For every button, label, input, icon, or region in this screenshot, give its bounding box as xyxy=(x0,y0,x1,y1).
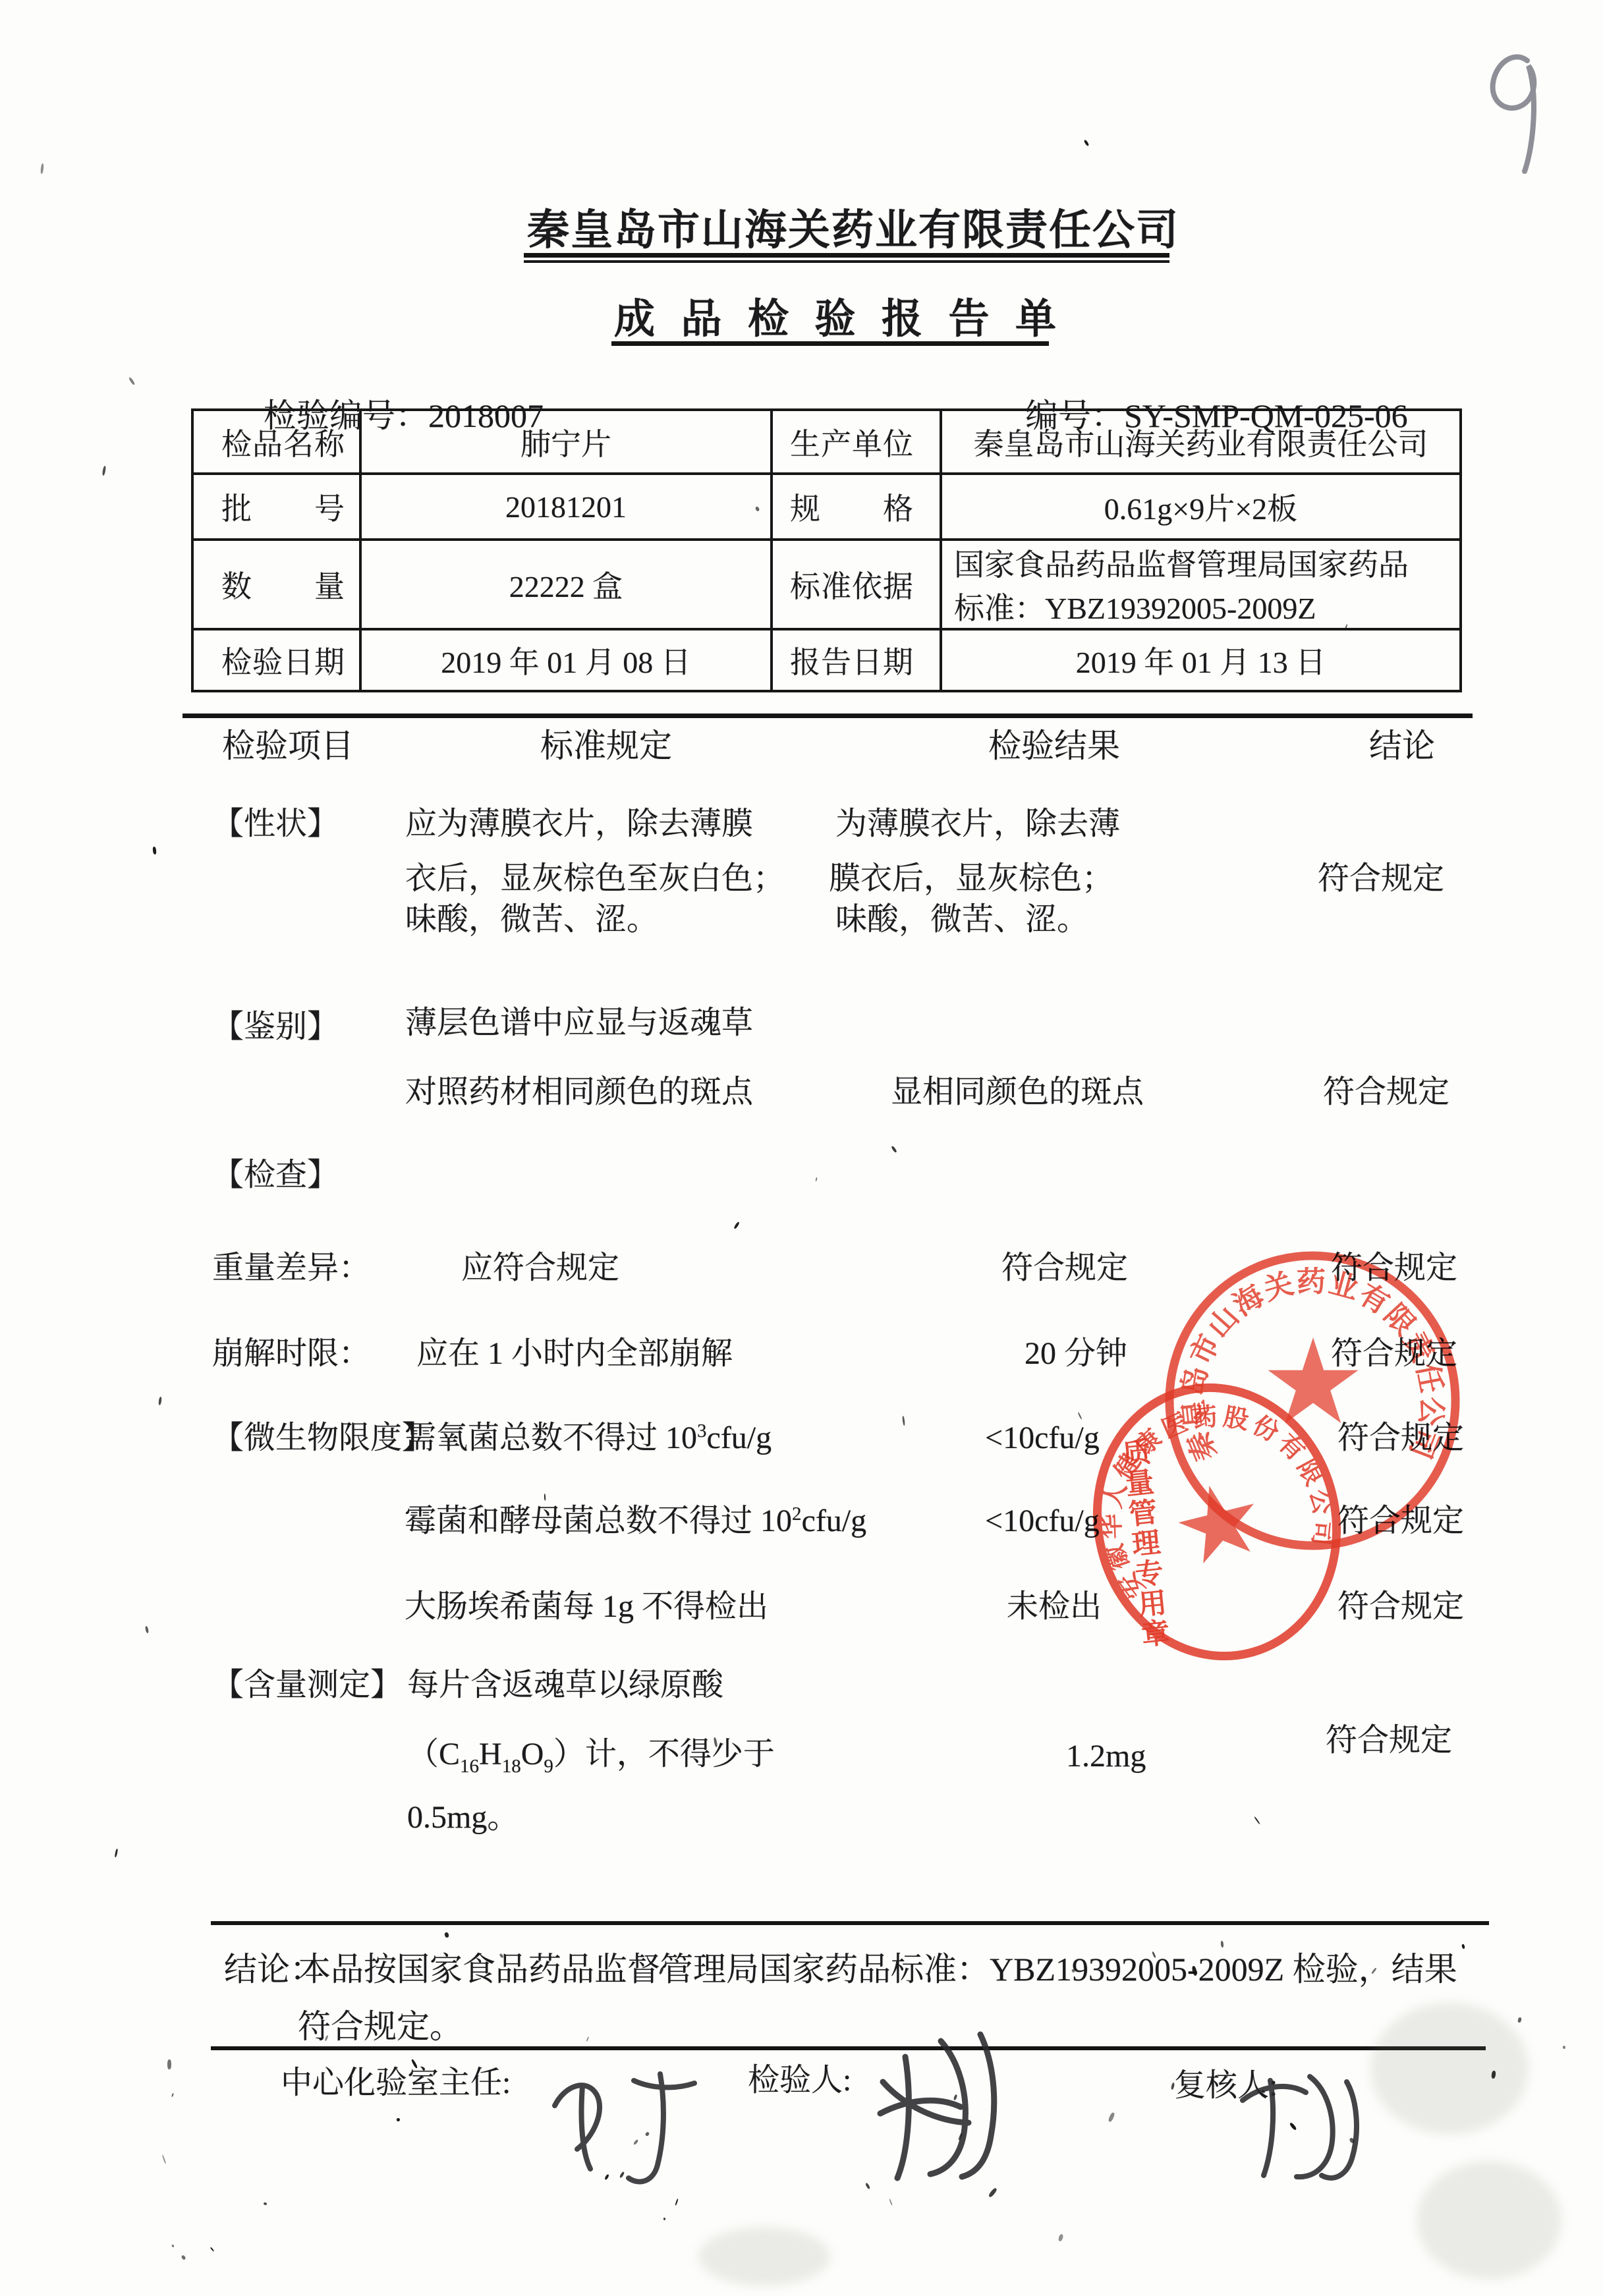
scanned-inspection-report-page: 秦皇岛市山海关药业有限责任公司 成 品 检 验 报 告 单 检验编号：20180… xyxy=(0,0,1603,2296)
handwritten-page-number-9 xyxy=(1493,57,1534,171)
pencil-page-number-layer xyxy=(0,0,1603,2296)
